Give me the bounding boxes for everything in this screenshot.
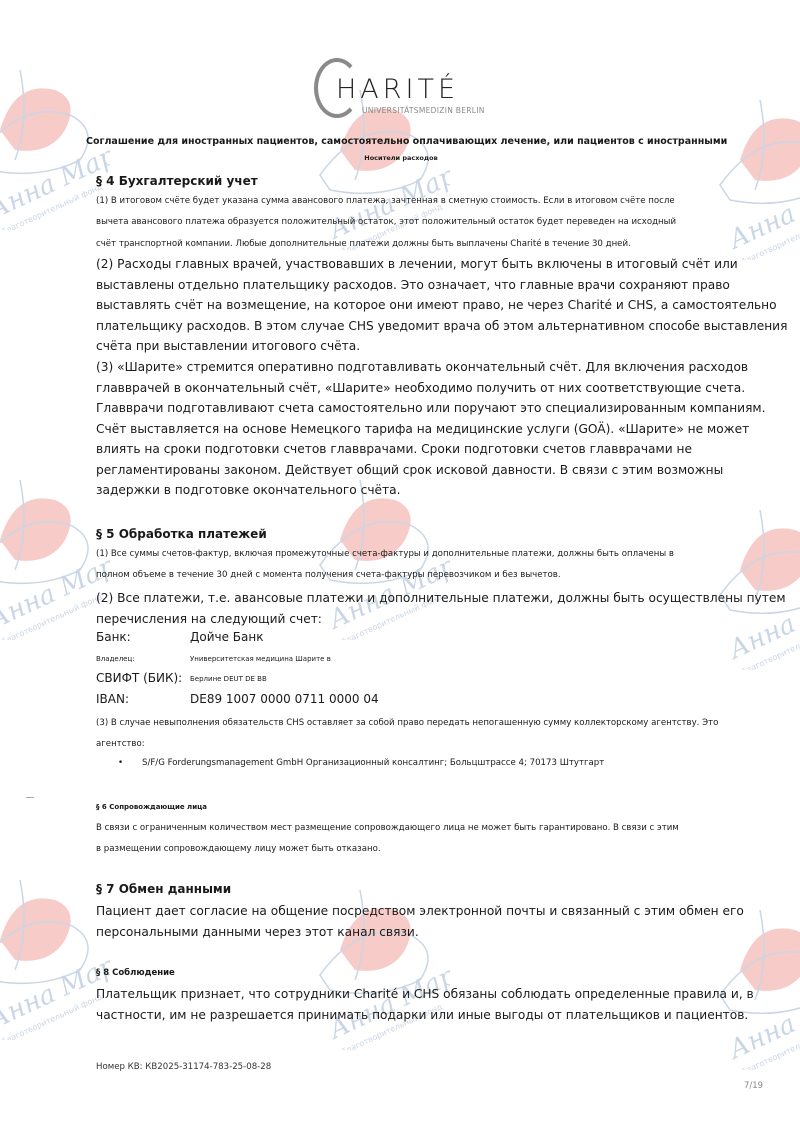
document-subtitle: Носители расходов — [96, 154, 706, 162]
svg-text:благотворительный фонд: благотворительный фонд — [0, 992, 104, 1040]
text-line: счёта при выставлении итогового счёта. — [96, 336, 701, 357]
section-7-text: Пациент дает согласие на общение посредс… — [96, 901, 701, 942]
section-6-heading: § 6 Сопровождающие лица — [96, 803, 207, 811]
text-line: (1) Все суммы счетов-фактур, включая про… — [96, 544, 701, 565]
charite-logo: HARITÉ UNIVERSITÄTSMEDIZIN BERLIN — [314, 58, 494, 120]
watermark-stamp: Анна Марияблаготворительный фонд — [700, 900, 800, 1070]
text-line: регламентированы законом. Действует общи… — [96, 460, 701, 481]
text-line: В связи с ограниченным количеством мест … — [96, 818, 701, 839]
owner-label: Владелец: — [96, 655, 135, 663]
text-line: влиять на сроки подготовки счетов главвр… — [96, 439, 701, 460]
swift-row: СВИФТ (БИК): Берлине DEUT DE BB — [96, 669, 496, 690]
text-line: вычета авансового платежа образуется пол… — [96, 212, 701, 233]
iban-label: IBAN: — [96, 692, 129, 706]
text-line: счёт транспортной компании. Любые дополн… — [96, 234, 701, 255]
text-line: (2) Все платежи, т.е. авансовые платежи … — [96, 588, 701, 609]
text-line: персональными данными через этот канал с… — [96, 922, 701, 943]
text-line: главврачей в окончательный счёт, «Шарите… — [96, 378, 701, 399]
iban-row: IBAN: DE89 1007 0000 0711 0000 04 — [96, 690, 496, 711]
bank-details: Банк: Дойче Банк Владелец: Университетск… — [96, 628, 496, 710]
section-5-paragraph-1: (1) Все суммы счетов-фактур, включая про… — [96, 544, 701, 587]
section-5-paragraph-2: (2) Все платежи, т.е. авансовые платежи … — [96, 588, 701, 629]
section-7-heading: § 7 Обмен данными — [96, 882, 231, 896]
section-4-paragraph-2: (2) Расходы главных врачей, участвовавши… — [96, 254, 701, 357]
watermark-stamp: Анна Марияблаготворительный фонд — [0, 870, 110, 1040]
text-line: (1) В итоговом счёте будет указана сумма… — [96, 191, 701, 212]
svg-text:Анна Мария: Анна Мария — [0, 936, 110, 1036]
section-8-heading: § 8 Соблюдение — [96, 968, 175, 978]
text-line: Главврачи подготавливают счета самостоят… — [96, 398, 701, 419]
svg-text:благотворительный фонд: благотворительный фонд — [0, 182, 104, 230]
text-line: Счёт выставляется на основе Немецкого та… — [96, 419, 701, 440]
section-8-text: Плательщик признает, что сотрудники Char… — [96, 984, 701, 1025]
section-6-text: В связи с ограниченным количеством мест … — [96, 818, 701, 861]
owner-row: Владелец: Университетская медицина Шарит… — [96, 649, 496, 670]
text-line: плательщику расходов. В этом случае CHS … — [96, 316, 701, 337]
owner-value: Университетская медицина Шарите в — [190, 655, 331, 663]
text-line: (3) В случае невыполнения обязательств C… — [96, 713, 701, 734]
bank-value: Дойче Банк — [190, 630, 263, 644]
document-title: Соглашение для иностранных пациентов, са… — [86, 136, 716, 147]
text-line: перечисления на следующий счет: — [96, 609, 701, 630]
text-line: (2) Расходы главных врачей, участвовавши… — [96, 254, 701, 275]
swift-label: СВИФТ (БИК): — [96, 671, 182, 685]
text-line: (3) «Шарите» стремится оперативно подгот… — [96, 357, 701, 378]
text-line: частности, им не разрешается принимать п… — [96, 1005, 701, 1026]
watermark-stamp: Анна Марияблаготворительный фонд — [0, 470, 110, 640]
section-5-paragraph-3: (3) В случае невыполнения обязательств C… — [96, 713, 701, 755]
svg-text:благотворительный фонд: благотворительный фонд — [740, 1022, 800, 1070]
section-4-paragraph-1: (1) В итоговом счёте будет указана сумма… — [96, 191, 701, 255]
section-5-heading: § 5 Обработка платежей — [96, 527, 267, 541]
bank-label: Банк: — [96, 630, 131, 644]
svg-text:благотворительный фонд: благотворительный фонд — [740, 212, 800, 260]
svg-text:Анна Мария: Анна Мария — [723, 156, 800, 256]
bank-row: Банк: Дойче Банк — [96, 628, 496, 649]
logo-wordmark: HARITÉ — [336, 74, 459, 105]
iban-value: DE89 1007 0000 0711 0000 04 — [190, 692, 379, 706]
logo-subtitle: UNIVERSITÄTSMEDIZIN BERLIN — [362, 106, 485, 115]
margin-mark — [26, 797, 34, 798]
bullet-icon: • — [118, 758, 123, 768]
text-line: выставлены отдельно плательщику расходов… — [96, 275, 701, 296]
text-line: выставлять счёт на возмещение, на которо… — [96, 295, 701, 316]
svg-text:Анна Мария: Анна Мария — [0, 536, 110, 636]
text-line: задержки в подготовке окончательного счё… — [96, 480, 701, 501]
watermark-stamp: Анна Марияблаготворительный фонд — [700, 500, 800, 670]
kv-number: Номер КВ: КВ2025-31174-783-25-08-28 — [96, 1062, 271, 1072]
text-line: полном объеме в течение 30 дней с момент… — [96, 565, 701, 586]
swift-value: Берлине DEUT DE BB — [190, 675, 267, 683]
text-line: Пациент дает согласие на общение посредс… — [96, 901, 701, 922]
svg-text:Анна Мария: Анна Мария — [723, 566, 800, 666]
svg-text:благотворительный фонд: благотворительный фонд — [740, 622, 800, 670]
text-line: в размещении сопровождающему лицу может … — [96, 839, 701, 860]
section-4-paragraph-3: (3) «Шарите» стремится оперативно подгот… — [96, 357, 701, 501]
page-number: 7/19 — [744, 1081, 763, 1091]
agency-text: S/F/G Forderungsmanagement GmbH Организа… — [142, 758, 604, 768]
text-line: агентство: — [96, 734, 701, 755]
watermark-stamp: Анна Марияблаготворительный фонд — [700, 90, 800, 260]
section-4-heading: § 4 Бухгалтерский учет — [96, 174, 258, 188]
text-line: Плательщик признает, что сотрудники Char… — [96, 984, 701, 1005]
svg-text:благотворительный фонд: благотворительный фонд — [0, 592, 104, 640]
